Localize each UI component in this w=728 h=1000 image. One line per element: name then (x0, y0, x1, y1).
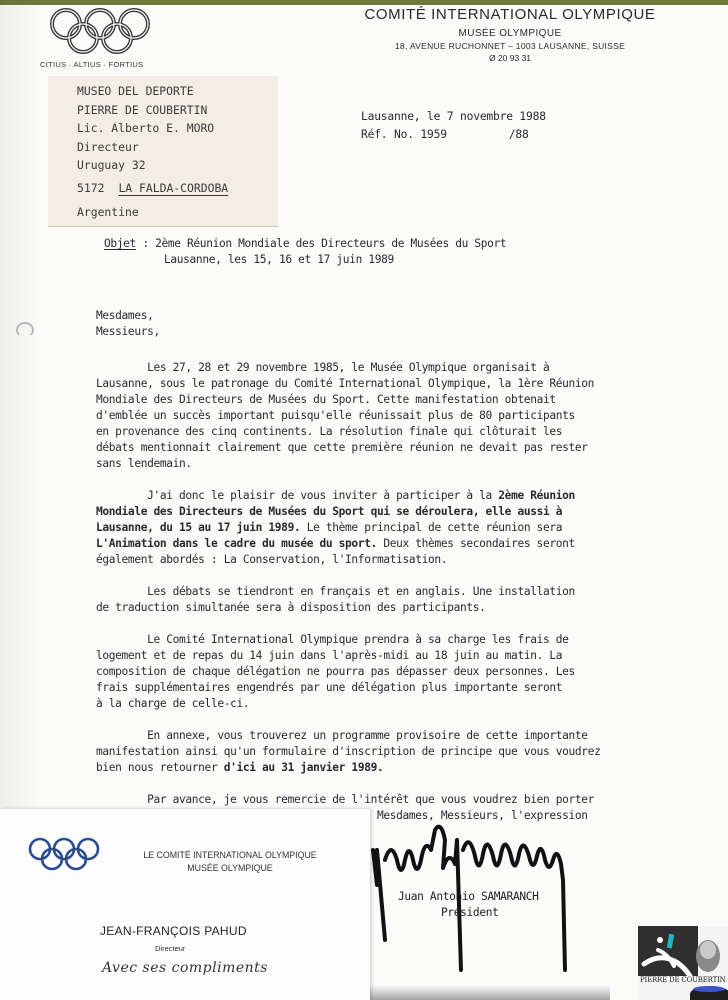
scan-shadow (370, 985, 610, 1000)
letterhead-org: COMITÉ INTERNATIONAL OLYMPIQUE MUSÉE OLY… (330, 6, 690, 63)
paragraph-line: Les 27, 28 et 29 novembre 1985, le Musée… (96, 360, 696, 376)
scan-shadow (0, 0, 40, 820)
dateline: Lausanne, le 7 novembre 1988 Réf. No. 19… (361, 108, 546, 144)
card-person-name: JEAN-FRANÇOIS PAHUD (100, 924, 247, 938)
recipient-line: Uruguay 32 (77, 156, 214, 175)
punch-hole (16, 322, 34, 338)
logo-text: PIERRE DE COUBERTIN (640, 976, 726, 984)
salutation-line: Mesdames, (96, 308, 696, 324)
paragraph-line: sans lendemain. (96, 456, 696, 472)
paragraph-line: L'Animation dans le cadre du musée du sp… (96, 536, 696, 552)
paragraph-line: Mondiale des Directeurs de Musées du Spo… (96, 504, 696, 520)
olympic-rings-icon (28, 837, 100, 877)
text-run: Le thème principal de cette réunion sera (300, 521, 562, 534)
paragraph-line: bien nous retourner d'ici au 31 janvier … (96, 760, 696, 776)
recipient-city-row: 5172LA FALDA-CORDOBA (77, 181, 228, 195)
reference-suffix: /88 (509, 126, 529, 144)
reference-number: Réf. No. 1959 (361, 128, 447, 141)
postal-code: 5172 (77, 181, 104, 195)
paragraph-line: à la charge de celle-ci. (96, 696, 696, 712)
paragraph-line: J'ai donc le plaisir de vous inviter à p… (96, 488, 696, 504)
compliment-card: LE COMITÉ INTERNATIONAL OLYMPIQUE MUSÉE … (0, 808, 370, 1000)
paragraph-line: Lausanne, sous le patronage du Comité In… (96, 376, 696, 392)
paragraph-line: Par avance, je vous remercie de l'intérê… (96, 792, 696, 808)
paragraph-line: d'emblée un succès important puisqu'elle… (96, 408, 696, 424)
paragraph-line: frais supplémentaires engendrés par une … (96, 680, 696, 696)
paragraph-line: de traduction simultanée sera à disposit… (96, 600, 696, 616)
reference: Réf. No. 1959/88 (361, 126, 546, 144)
text-run-bold: d'ici au 31 janvier 1989. (224, 761, 384, 774)
text-run-bold: 2ème Réunion (498, 489, 575, 502)
signatory-name: Juan Antonio SAMARANCH (398, 890, 538, 903)
subject-title: 2ème Réunion Mondiale des Directeurs de … (155, 237, 506, 250)
city: LA FALDA-CORDOBA (118, 181, 228, 195)
paragraph-line: Le Comité International Olympique prendr… (96, 632, 696, 648)
recipient-line: MUSEO DEL DEPORTE (77, 82, 214, 101)
paragraph-line: logement et de repas du 14 juin dans l'a… (96, 648, 696, 664)
org-subtitle: MUSÉE OLYMPIQUE (330, 28, 690, 39)
subject-separator: : (136, 237, 155, 250)
org-title: COMITÉ INTERNATIONAL OLYMPIQUE (330, 6, 690, 23)
paragraph-line: débats mentionnait clairement que cette … (96, 440, 696, 456)
signatory-title: Président (441, 906, 498, 919)
subject-line: Objet : 2ème Réunion Mondiale des Direct… (96, 236, 696, 252)
recipient-address-label: MUSEO DEL DEPORTE PIERRE DE COUBERTIN Li… (48, 76, 278, 227)
text-run: bien nous retourner (96, 761, 224, 774)
paragraph-line: composition de chaque délégation ne pour… (96, 664, 696, 680)
salutation-line: Messieurs, (96, 324, 696, 340)
olympic-motto: CITIUS · ALTIUS · FORTIUS (40, 60, 143, 69)
paragraph-line: Lausanne, du 15 au 17 juin 1989. Le thèm… (96, 520, 696, 536)
recipient-line: PIERRE DE COUBERTIN (77, 101, 214, 120)
recipient-lines: MUSEO DEL DEPORTE PIERRE DE COUBERTIN Li… (77, 82, 214, 175)
text-run-bold: Lausanne, du 15 au 17 juin 1989. (96, 521, 300, 534)
country: Argentine (77, 205, 139, 219)
coubertin-logo: PIERRE DE COUBERTIN (638, 926, 728, 1000)
paragraph-line: En annexe, vous trouverez un programme p… (96, 728, 696, 744)
card-compliments-note: Avec ses compliments (102, 960, 268, 976)
text-run: J'ai donc le plaisir de vous inviter à p… (96, 489, 498, 502)
recipient-line: Lic. Alberto E. MORO (77, 119, 214, 138)
subject-label: Objet (104, 237, 136, 250)
letter-body: Objet : 2ème Réunion Mondiale des Direct… (96, 236, 696, 824)
place-date: Lausanne, le 7 novembre 1988 (361, 108, 546, 126)
paragraph-line: Les débats se tiendront en français et e… (96, 584, 696, 600)
paragraph-line: Mondiale des Directeurs de Musées du Spo… (96, 392, 696, 408)
card-org: LE COMITÉ INTERNATIONAL OLYMPIQUE MUSÉE … (130, 849, 330, 875)
paragraph-line: en provenance des cinq continents. La ré… (96, 424, 696, 440)
card-org-line: LE COMITÉ INTERNATIONAL OLYMPIQUE (130, 849, 330, 862)
card-person-role: Directeur (155, 944, 185, 953)
text-run: Deux thèmes secondaires seront (377, 537, 575, 550)
paragraph-line: manifestation ainsi qu'un formulaire d'i… (96, 744, 696, 760)
subject-line-2: Lausanne, les 15, 16 et 17 juin 1989 (96, 252, 696, 268)
olympic-rings-icon (48, 6, 152, 58)
card-org-line: MUSÉE OLYMPIQUE (130, 862, 330, 875)
recipient-line: Directeur (77, 138, 214, 157)
text-run-bold: L'Animation dans le cadre du musée du sp… (96, 537, 377, 550)
scan-top-edge (0, 0, 728, 5)
org-address: 18, AVENUE RUCHONNET – 1003 LAUSANNE, SU… (330, 41, 690, 51)
paragraph-line: également abordés : La Conservation, l'I… (96, 552, 696, 568)
inkwell-icon (693, 986, 725, 992)
org-phone: Ø 20 93 31 (330, 53, 690, 63)
